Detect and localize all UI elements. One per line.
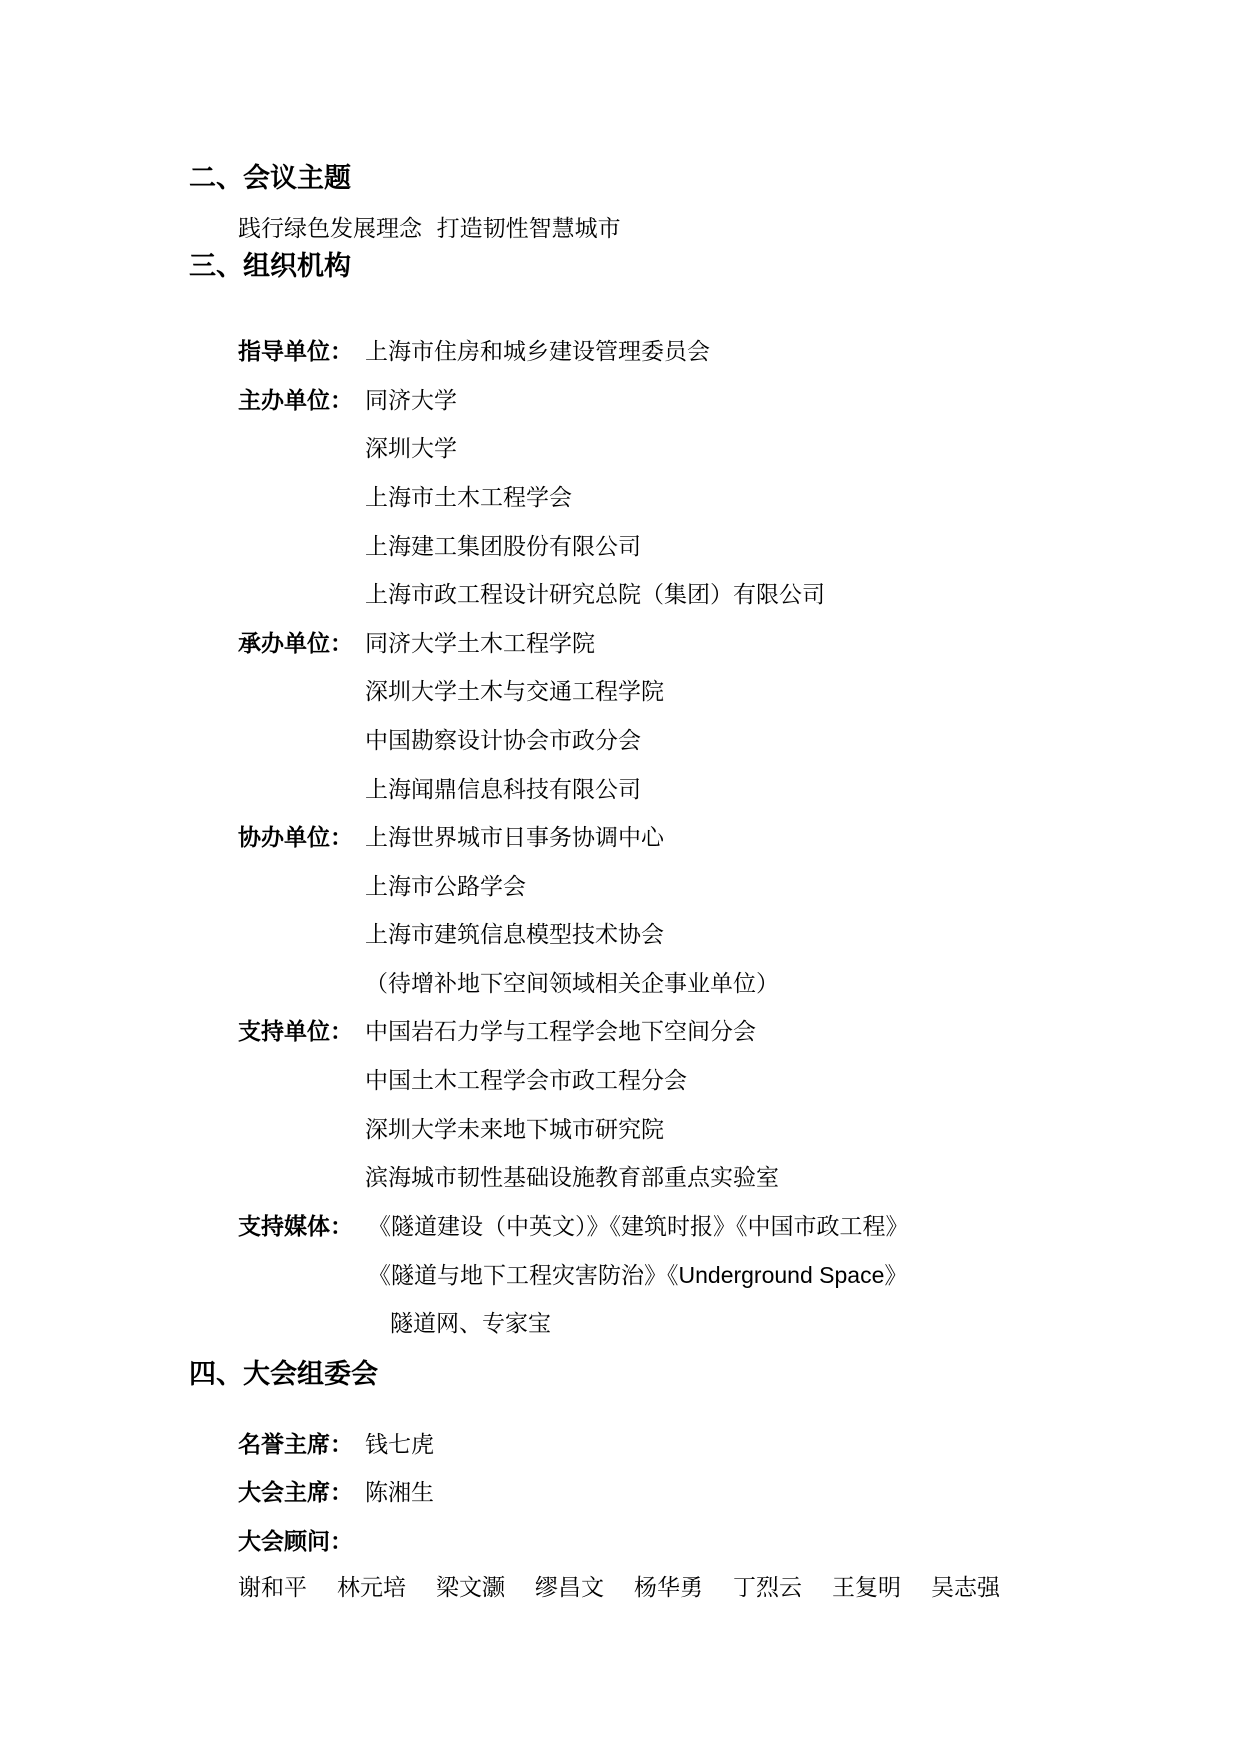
organizer-unit-item: 上海闻鼎信息科技有限公司 [365, 775, 641, 805]
document-page: 二、会议主题 践行绿色发展理念 打造韧性智慧城市 三、组织机构 指导单位： 上海… [0, 0, 1240, 1753]
advisor-name: 吴志强 [931, 1573, 1000, 1603]
media-line: 《隧道建设（中英文）》《建筑时报》《中国市政工程》 [368, 1212, 909, 1242]
supporter-unit-item: 中国岩石力学与工程学会地下空间分会 [365, 1017, 756, 1047]
advisor-name: 丁烈云 [733, 1573, 802, 1603]
host-unit-item: 同济大学 [365, 386, 457, 416]
organizer-unit-item: 中国勘察设计协会市政分会 [365, 726, 641, 756]
section-heading-organization: 三、组织机构 [189, 251, 351, 283]
media-line-en: Underground Space [679, 1262, 885, 1288]
co-organizer-unit-label: 协办单位： [238, 823, 353, 853]
media-label: 支持媒体： [238, 1212, 353, 1242]
co-organizer-unit-item: （待增补地下空间领域相关企事业单位） [365, 969, 779, 999]
media-line-cn: 《隧道与地下工程灾害防治》《 [368, 1263, 679, 1289]
honorary-chair-label: 名誉主席： [238, 1430, 353, 1460]
organizer-unit-label: 承办单位： [238, 629, 353, 659]
supporter-unit-item: 滨海城市韧性基础设施教育部重点实验室 [365, 1163, 779, 1193]
chair-value: 陈湘生 [365, 1478, 434, 1508]
host-unit-item: 上海市土木工程学会 [365, 483, 572, 513]
media-line: 《隧道与地下工程灾害防治》《Underground Space》 [368, 1260, 907, 1291]
supporter-unit-label: 支持单位： [238, 1017, 353, 1047]
advisor-name: 王复明 [832, 1573, 901, 1603]
media-line: 隧道网、专家宝 [390, 1309, 551, 1339]
host-unit-item: 深圳大学 [365, 434, 457, 464]
supporter-unit-item: 深圳大学未来地下城市研究院 [365, 1115, 664, 1145]
co-organizer-unit-item: 上海市建筑信息模型技术协会 [365, 920, 664, 950]
advisor-name: 杨华勇 [634, 1573, 703, 1603]
honorary-chair-value: 钱七虎 [365, 1430, 434, 1460]
organizer-unit-item: 同济大学土木工程学院 [365, 629, 595, 659]
host-unit-item: 上海建工集团股份有限公司 [365, 532, 641, 562]
advisors-label: 大会顾问： [238, 1527, 353, 1557]
supporter-unit-item: 中国土木工程学会市政工程分会 [365, 1066, 687, 1096]
advisor-name: 谢和平 [238, 1573, 307, 1603]
advisor-name: 缪昌文 [535, 1573, 604, 1603]
host-unit-item: 上海市政工程设计研究总院（集团）有限公司 [365, 580, 825, 610]
co-organizer-unit-item: 上海市公路学会 [365, 872, 526, 902]
theme-text: 践行绿色发展理念 打造韧性智慧城市 [238, 214, 621, 244]
media-line-end: 》 [884, 1263, 907, 1289]
organizer-unit-item: 深圳大学土木与交通工程学院 [365, 677, 664, 707]
co-organizer-unit-item: 上海世界城市日事务协调中心 [365, 823, 664, 853]
guiding-unit-label: 指导单位： [238, 337, 353, 367]
section-heading-theme: 二、会议主题 [189, 163, 351, 195]
guiding-unit-item: 上海市住房和城乡建设管理委员会 [365, 337, 710, 367]
chair-label: 大会主席： [238, 1478, 353, 1508]
section-heading-committee: 四、大会组委会 [189, 1359, 378, 1391]
advisor-name: 林元培 [337, 1573, 406, 1603]
advisor-name: 梁文灏 [436, 1573, 505, 1603]
host-unit-label: 主办单位： [238, 386, 353, 416]
